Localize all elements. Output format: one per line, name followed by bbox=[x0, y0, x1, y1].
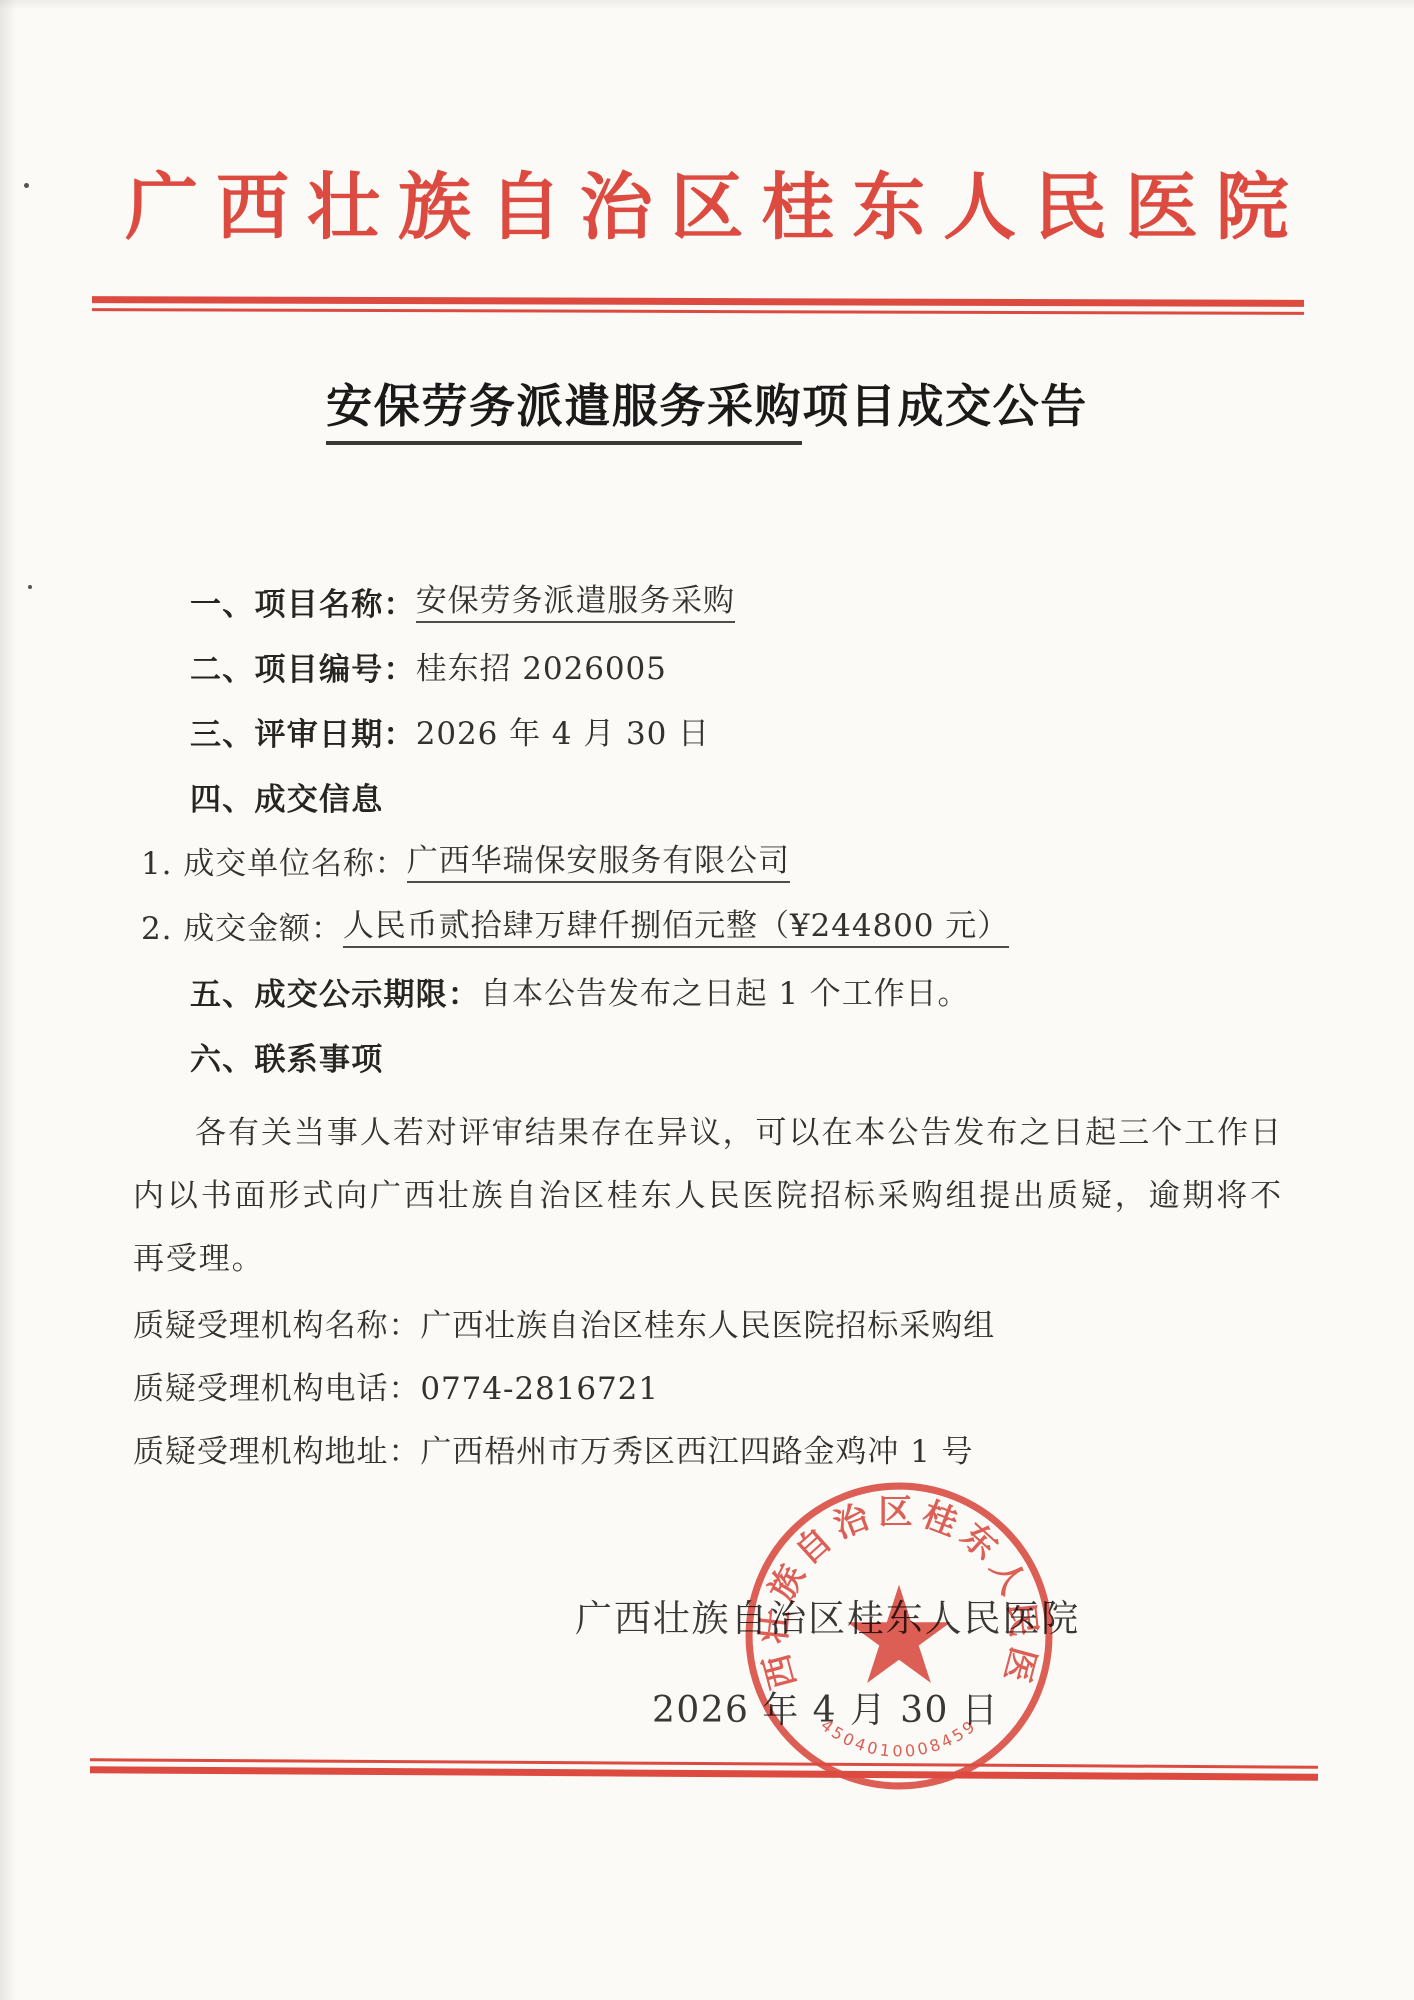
project-name-value: 安保劳务派遣服务采购 bbox=[416, 586, 735, 623]
objection-phone-row: 质疑受理机构电话： 0774-2816721 bbox=[133, 1358, 1283, 1421]
award-info-heading-row: 四、成交信息 bbox=[133, 767, 1283, 832]
objection-address-label: 质疑受理机构地址： bbox=[133, 1437, 420, 1468]
footer-rule-thick bbox=[90, 1766, 1318, 1781]
objection-phone-value: 0774-2816721 bbox=[420, 1374, 659, 1405]
objection-org-row: 质疑受理机构名称： 广西壮族自治区桂东人民医院招标采购组 bbox=[133, 1295, 1283, 1358]
award-amount-row: 2. 成交金额： 人民币贰拾肆万肆仟捌佰元整（¥244800 元） bbox=[133, 897, 1283, 962]
seal-number: 4504010008459 bbox=[817, 1715, 980, 1760]
objection-org-label: 质疑受理机构名称： bbox=[133, 1311, 420, 1342]
publicity-period-value: 自本公告发布之日起 1 个工作日。 bbox=[480, 979, 969, 1010]
document-title-underlined-part: 安保劳务派遣服务采购 bbox=[326, 379, 802, 445]
award-supplier-value: 广西华瑞保安服务有限公司 bbox=[407, 846, 790, 883]
project-number-label: 二、项目编号： bbox=[190, 654, 416, 685]
review-date-label: 三、评审日期： bbox=[190, 719, 416, 750]
document-title-rest: 项目成交公告 bbox=[802, 379, 1088, 433]
contact-heading-row: 六、联系事项 bbox=[133, 1027, 1283, 1092]
award-info-heading: 四、成交信息 bbox=[190, 784, 383, 815]
letterhead-rule-thin bbox=[92, 308, 1304, 315]
project-number-value: 桂东招 2026005 bbox=[416, 654, 667, 685]
award-supplier-label: 1. 成交单位名称： bbox=[141, 849, 407, 880]
award-amount-value: 人民币贰拾肆万肆仟捌佰元整（¥244800 元） bbox=[343, 911, 1009, 948]
project-name-row: 一、项目名称： 安保劳务派遣服务采购 bbox=[133, 572, 1283, 637]
document-body: 一、项目名称： 安保劳务派遣服务采购 二、项目编号： 桂东招 2026005 三… bbox=[133, 572, 1283, 1484]
document-title: 安保劳务派遣服务采购项目成交公告 bbox=[0, 370, 1414, 436]
scan-speck bbox=[28, 585, 32, 589]
official-seal: 广西壮族自治区桂东人民医院 4504010008459 bbox=[738, 1475, 1060, 1797]
award-supplier-row: 1. 成交单位名称： 广西华瑞保安服务有限公司 bbox=[133, 832, 1283, 897]
objection-paragraph: 各有关当事人若对评审结果存在异议，可以在本公告发布之日起三个工作日内以书面形式向… bbox=[133, 1102, 1283, 1291]
letterhead-rule-thick bbox=[92, 296, 1304, 307]
project-number-row: 二、项目编号： 桂东招 2026005 bbox=[133, 637, 1283, 702]
objection-address-row: 质疑受理机构地址： 广西梧州市万秀区西江四路金鸡冲 1 号 bbox=[133, 1421, 1283, 1484]
award-amount-label: 2. 成交金额： bbox=[141, 914, 343, 945]
contact-lines: 质疑受理机构名称： 广西壮族自治区桂东人民医院招标采购组 质疑受理机构电话： 0… bbox=[133, 1295, 1283, 1484]
objection-phone-label: 质疑受理机构电话： bbox=[133, 1374, 420, 1405]
scanned-document-page: 广西壮族自治区桂东人民医院 安保劳务派遣服务采购项目成交公告 一、项目名称： 安… bbox=[0, 0, 1414, 2000]
letterhead-hospital-name: 广西壮族自治区桂东人民医院 bbox=[0, 148, 1414, 253]
publicity-period-label: 五、成交公示期限： bbox=[190, 979, 480, 1010]
project-name-label: 一、项目名称： bbox=[190, 589, 416, 620]
review-date-value: 2026 年 4 月 30 日 bbox=[416, 719, 710, 750]
review-date-row: 三、评审日期： 2026 年 4 月 30 日 bbox=[133, 702, 1283, 767]
objection-address-value: 广西梧州市万秀区西江四路金鸡冲 1 号 bbox=[420, 1437, 973, 1468]
seal-star-icon bbox=[847, 1585, 950, 1683]
contact-heading: 六、联系事项 bbox=[190, 1044, 383, 1075]
objection-org-value: 广西壮族自治区桂东人民医院招标采购组 bbox=[420, 1311, 995, 1342]
publicity-period-row: 五、成交公示期限： 自本公告发布之日起 1 个工作日。 bbox=[133, 962, 1283, 1027]
